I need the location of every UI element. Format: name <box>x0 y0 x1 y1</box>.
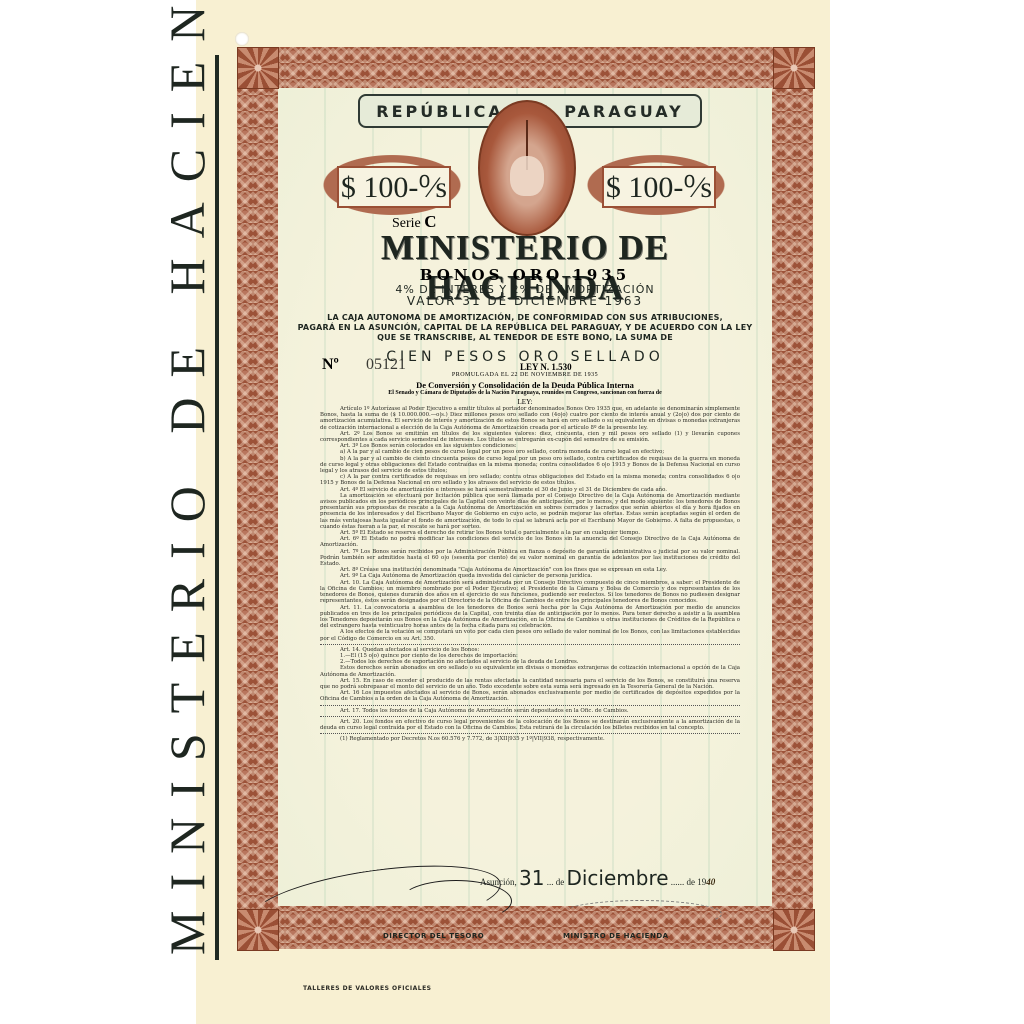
article-paragraph: Art. 11. La convocatoria a asamblea de l… <box>320 605 740 630</box>
articles-block-2: Art. 14. Quedan afectados al servicio de… <box>320 647 740 703</box>
article-paragraph: b) A la par y al cambio de ciento cincue… <box>320 456 740 475</box>
law-promulgation: PROMULGADA EL 22 DE NOVIEMBRE DE 1935 <box>284 372 766 378</box>
article-paragraph: La amortización se efectuará por licitac… <box>320 493 740 530</box>
signature-minister <box>560 900 722 928</box>
valor-line: VALOR 31 DE DICIEMBRE 1963 <box>284 294 766 308</box>
article-paragraph: Artículo 1º Autorízase al Poder Ejecutiv… <box>320 406 740 431</box>
director-tesoro-label: DIRECTOR DEL TESORO <box>383 932 484 940</box>
law-preamble: El Senado y Cámara de Diputados de la Na… <box>284 390 766 396</box>
denomination-left: $ 100-⁰⁄s <box>337 166 451 208</box>
stub-vertical-text: MINISTERIO DE HACIENDA <box>158 55 218 955</box>
lion-icon <box>510 156 544 196</box>
article-paragraph: Art. 7º Los Bonos serán recibidos por la… <box>320 549 740 568</box>
article-paragraph: A los efectos de la votación se computar… <box>320 629 740 641</box>
date-month: Diciembre <box>566 866 668 890</box>
law-number: LEY N. 1.530 <box>520 362 572 372</box>
dotted-separator <box>320 716 740 717</box>
ley-label: LEY: <box>284 398 766 406</box>
footnote: (1) Reglamentado por Decretos N.os 60.57… <box>320 736 740 742</box>
corner-rosette-icon <box>773 47 815 89</box>
perforation-line <box>215 55 219 960</box>
article-paragraph: Art. 6º El Estado no podrá modificar las… <box>320 536 740 548</box>
issue-date: Asunción, 31 ... de Diciembre ...... de … <box>480 866 715 890</box>
article-paragraph: Art. 2º Los Bonos se emitirán en títulos… <box>320 431 740 443</box>
dotted-separator <box>320 705 740 706</box>
date-year-handwritten: 40 <box>706 877 715 887</box>
article-20: Art. 20. Los fondos en efectivo de curso… <box>320 719 740 731</box>
national-seal-lion-icon <box>478 100 576 236</box>
articles-block-1: Artículo 1º Autorízase al Poder Ejecutiv… <box>320 406 740 642</box>
article-paragraph: Art. 16 Los impuestos afectados al servi… <box>320 690 740 702</box>
corner-rosette-icon <box>773 909 815 951</box>
article-paragraph: Art. 15. En caso de exceder el producido… <box>320 678 740 690</box>
article-paragraph: c) A la par contra certificados de requi… <box>320 474 740 486</box>
signature-flourish <box>400 880 512 922</box>
bond-name: BONOS ORO 1935 <box>284 266 766 284</box>
date-day: 31 <box>519 866 544 890</box>
dotted-separator <box>320 733 740 734</box>
dotted-separator <box>320 644 740 645</box>
article-paragraph: Estos derechos serán abonados en oro sel… <box>320 665 740 677</box>
law-articles: Artículo 1º Autorízase al Poder Ejecutiv… <box>320 406 740 742</box>
ministro-hacienda-label: MINISTRO DE HACIENDA <box>563 932 669 940</box>
printer-imprint: TALLERES DE VALORES OFICIALES <box>303 985 432 992</box>
denomination-right: $ 100-⁰⁄s <box>602 166 716 208</box>
intro-text: LA CAJA AUTONOMA DE AMORTIZACIÓN, DE CON… <box>284 313 766 343</box>
article-paragraph: Art. 10. La Caja Autónoma de Amortizació… <box>320 580 740 605</box>
corner-rosette-icon <box>237 47 279 89</box>
article-17: Art. 17. Todos los fondos de la Caja Aut… <box>320 708 740 714</box>
punch-hole <box>235 32 249 46</box>
law-title: De Conversión y Consolidación de la Deud… <box>284 380 766 390</box>
